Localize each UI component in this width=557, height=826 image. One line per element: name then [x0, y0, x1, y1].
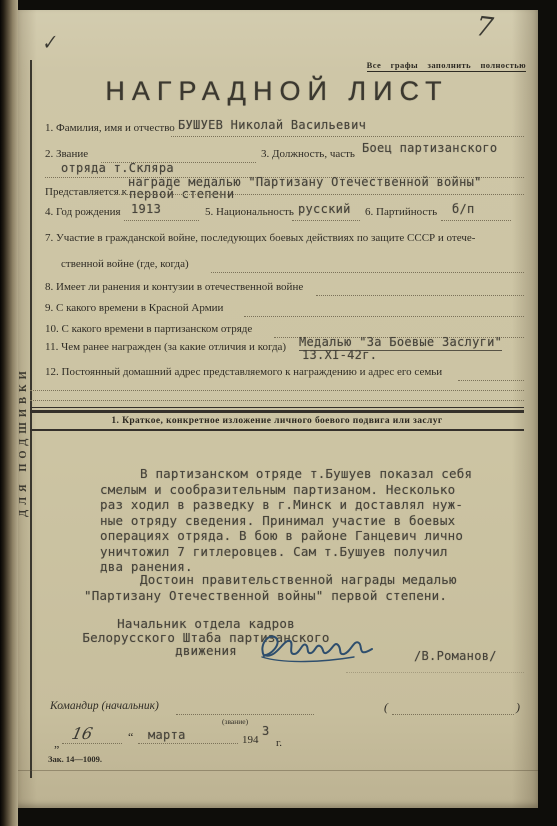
field-3-value-line1: Боец партизанского — [362, 141, 497, 155]
field-5-label: 5. Национальность — [205, 206, 294, 218]
form-line — [292, 220, 360, 221]
form-line — [171, 136, 524, 137]
typed-year-digit: 3 — [262, 724, 270, 738]
form-line — [392, 714, 514, 715]
scanned-award-sheet: ✓ 7 Все графы заполнить полностью НАГРАД… — [0, 0, 557, 826]
form-line — [30, 400, 524, 401]
signatory-name-typed: /В.Романов/ — [414, 649, 497, 663]
field-10-label: 10. С какого времени в партизанском отря… — [45, 323, 252, 335]
commander-label: Командир (начальник) — [50, 700, 159, 712]
form-line — [316, 295, 524, 296]
paren-open: ( — [384, 700, 388, 715]
date-quote-close: “ — [128, 730, 133, 745]
form-line — [176, 714, 314, 715]
field-5-value: русский — [298, 202, 351, 216]
form-line — [346, 672, 524, 673]
divider-under-header — [30, 429, 524, 431]
year-printed: 194 — [242, 734, 259, 746]
divider-thick — [30, 410, 524, 413]
document-title: НАГРАДНОЙ ЛИСТ — [16, 76, 538, 107]
paper-fold-edge — [16, 770, 538, 771]
field-7-label-line1: 7. Участие в гражданской войне, последую… — [45, 232, 475, 244]
form-line — [138, 743, 238, 744]
typed-month: марта — [148, 728, 186, 742]
book-spine-edge — [0, 0, 18, 826]
fill-all-fields-note: Все графы заполнить полностью — [367, 60, 526, 72]
field-4-label: 4. Год рождения — [45, 206, 121, 218]
year-suffix: г. — [276, 737, 282, 749]
handwritten-checkmark: ✓ — [39, 31, 59, 55]
field-11-value-line2: 13.XI-42г. — [302, 348, 377, 362]
print-order-number: Зак. 14—1009. — [48, 754, 102, 764]
form-line — [30, 390, 524, 391]
field-3-label: 3. Должность, часть — [261, 148, 355, 160]
form-line — [62, 743, 122, 744]
section-header: 1. Краткое, конкретное изложение личного… — [16, 416, 538, 426]
merit-description-text: В партизанском отряде т.Бушуев показал с… — [100, 466, 472, 575]
field-6-label: 6. Партийность — [365, 206, 437, 218]
form-line — [124, 220, 199, 221]
form-line — [244, 316, 524, 317]
form-line — [458, 380, 524, 381]
field-2-label: 2. Звание — [45, 148, 88, 160]
presented-for-label: Представляется к — [45, 186, 127, 198]
field-3-value-line2: отряда т.Скляра — [61, 161, 174, 175]
award-recommendation-text: Достоин правительственной награды медаль… — [84, 572, 457, 603]
form-line — [211, 272, 524, 273]
paper-sheet: ✓ 7 Все графы заполнить полностью НАГРАД… — [16, 10, 538, 808]
handwritten-page-number: 7 — [474, 11, 495, 44]
field-11-label: 11. Чем ранее награжден (за какие отличи… — [45, 341, 286, 353]
paren-close: ) — [516, 700, 520, 715]
date-quote-open: „ — [54, 736, 59, 751]
field-12-label: 12. Постоянный домашний адрес представля… — [45, 366, 442, 378]
field-6-value: б/п — [452, 202, 475, 216]
form-line — [116, 194, 524, 195]
field-9-label: 9. С какого времени в Красной Армии — [45, 302, 223, 314]
field-1-label: 1. Фамилия, имя и отчество — [45, 122, 175, 134]
field-7-label-line2: ственной войне (где, когда) — [61, 258, 189, 270]
rank-hint-label: (звание) — [222, 717, 248, 726]
form-line — [441, 220, 511, 221]
divider-thin — [30, 407, 524, 408]
field-1-value: БУШУЕВ Николай Васильевич — [178, 118, 366, 132]
field-4-value: 1913 — [131, 202, 161, 216]
field-8-label: 8. Имеет ли ранения и контузии в отечест… — [45, 281, 303, 293]
handwritten-day: 16 — [70, 724, 94, 743]
signature-ink — [254, 626, 386, 674]
